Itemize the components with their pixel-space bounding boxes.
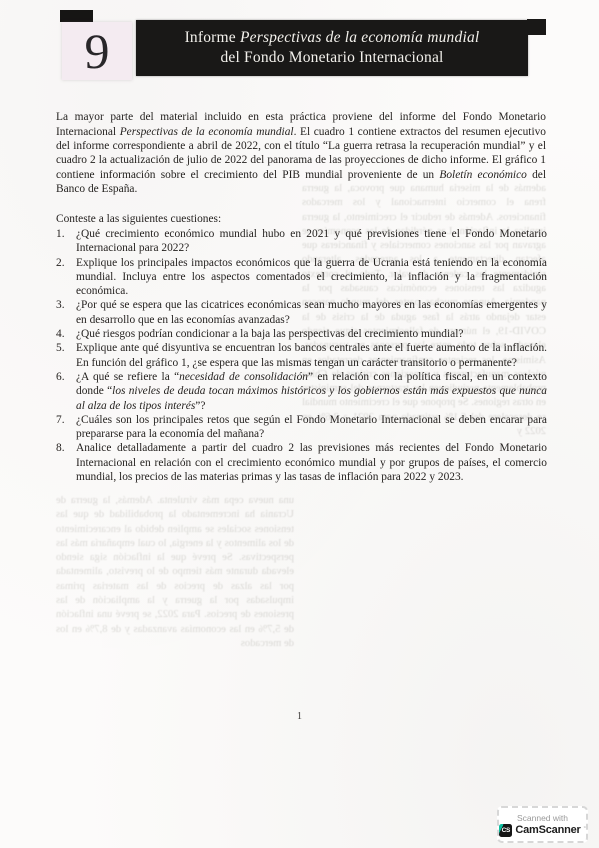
- banner-title-roman: Informe: [185, 29, 240, 46]
- question-number: 6.: [56, 370, 76, 413]
- question-item: 8. Analice detalladamente a partir del c…: [56, 441, 547, 484]
- question-item: 6. ¿A qué se refiere la “necesidad de co…: [56, 370, 547, 413]
- question-item: 5. Explique ante qué disyuntiva se encue…: [56, 341, 547, 370]
- question-number: 3.: [56, 298, 76, 327]
- question-text: Explique ante qué disyuntiva se encuentr…: [76, 341, 547, 370]
- scan-corner-mark: [60, 10, 93, 22]
- camscanner-logo-icon: CS: [499, 824, 512, 837]
- banner-title-italic: Perspectivas de la economía mundial: [240, 29, 479, 46]
- question-number: 4.: [56, 327, 76, 341]
- question-text: ¿Cuáles son los principales retos que se…: [76, 413, 547, 442]
- question-item: 4. ¿Qué riesgos podrían condicionar a la…: [56, 327, 547, 341]
- question-text: Analice detalladamente a partir del cuad…: [76, 441, 547, 484]
- question-text: ¿Por qué se espera que las cicatrices ec…: [76, 298, 547, 327]
- question-number: 1.: [56, 227, 76, 256]
- document-content: 9 Informe Perspectivas de la economía mu…: [0, 0, 599, 848]
- banner-title: Informe Perspectivas de la economía mund…: [185, 28, 480, 48]
- question-item: 1. ¿Qué crecimiento económico mundial hu…: [56, 227, 547, 256]
- question-number: 7.: [56, 413, 76, 442]
- camscanner-badge: Scanned with CS CamScanner ”: [497, 806, 588, 843]
- question-text: ¿Qué crecimiento económico mundial hubo …: [76, 227, 547, 256]
- unit-number: 9: [85, 22, 110, 80]
- scanned-with-label: Scanned with: [517, 813, 568, 823]
- page-number: 1: [297, 711, 302, 722]
- question-item: 2. Explique los principales impactos eco…: [56, 256, 547, 299]
- camscanner-brand-name: CamScanner: [515, 824, 580, 836]
- questions-list: 1. ¿Qué crecimiento económico mundial hu…: [56, 227, 547, 484]
- unit-number-box: 9: [62, 22, 132, 80]
- scanned-page: además de la miseria humana que provoca,…: [0, 0, 599, 848]
- question-number: 2.: [56, 256, 76, 299]
- question-item: 7. ¿Cuáles son los principales retos que…: [56, 413, 547, 442]
- banner-subtitle: del Fondo Monetario Internacional: [220, 48, 443, 68]
- camscanner-trademark: ”: [584, 827, 586, 833]
- question-text: ¿Qué riesgos podrían condicionar a la ba…: [76, 327, 547, 341]
- title-banner: Informe Perspectivas de la economía mund…: [136, 20, 528, 76]
- question-text: ¿A qué se refiere la “necesidad de conso…: [76, 370, 547, 413]
- question-number: 8.: [56, 441, 76, 484]
- question-number: 5.: [56, 341, 76, 370]
- question-item: 3. ¿Por qué se espera que las cicatrices…: [56, 298, 547, 327]
- questions-heading: Conteste a las siguientes cuestiones:: [56, 213, 546, 225]
- question-text: Explique los principales impactos económ…: [76, 256, 547, 299]
- camscanner-brand-row: CS CamScanner ”: [499, 824, 585, 837]
- intro-paragraph: La mayor parte del material incluido en …: [56, 110, 546, 196]
